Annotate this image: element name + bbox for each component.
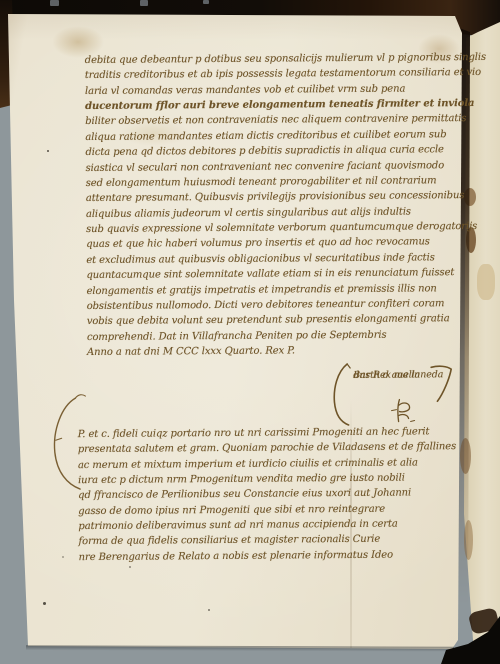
body-line: elongamentis et gratijs impetratis et im… (87, 283, 437, 298)
entry-line: qd ffrancisco de Perilionibus seu Consta… (78, 487, 411, 502)
body-line: dicta pena qd dictos debitores p debitis… (85, 144, 443, 159)
body-line: vobis que debita volunt seu pretendunt s… (87, 313, 450, 328)
manuscript-photo: debita que debeantur p dotibus seu spons… (0, 0, 500, 664)
manuscript-text: debita que debeantur p dotibus seu spons… (0, 0, 500, 664)
body-line: ducentorum fflor auri breve elongamentum… (85, 98, 474, 113)
body-line: aliqua ratione mandantes etiam dictis cr… (85, 129, 446, 144)
body-line: biliter observetis et non contraveniatis… (85, 113, 466, 128)
body-line: quantacumque sint solemnitate vallate et… (86, 267, 454, 282)
entry-line: ac merum et mixtum imperium et iurdicio … (78, 457, 418, 472)
body-line: laria vl comandas veras mandantes vob et… (85, 84, 405, 99)
body-line: quas et que hic haberi volumus pro inser… (86, 236, 430, 251)
body-line: et excludimus aut quibusvis obligacionib… (86, 252, 434, 267)
body-line: attentare presumant. Quibusvis privilegi… (86, 190, 465, 205)
entry-line: patrimonio deliberavimus sunt ad nri man… (78, 519, 397, 534)
body-line: sed elongamentum huiusmodi teneant proro… (86, 175, 437, 190)
entry-line: forma de qua fidelis consiliarius et mag… (78, 534, 380, 548)
bracket-right-icon (429, 363, 453, 403)
body-line: traditis creditoribus et ab ipis possess… (85, 67, 481, 82)
body-line: sub quavis expressione vl solemnitate ve… (86, 221, 477, 236)
entry-line: iura etc p dictum nrm Pmogenitum vendita… (78, 473, 405, 488)
notarial-paraph-icon (389, 397, 417, 423)
entry-line: nre Berengarius de Relato a nobis est pl… (79, 550, 393, 564)
body-line: debita que debeantur p dotibus seu spons… (85, 52, 486, 67)
body-line: comprehendi. Dat in Villafrancha Peniten… (87, 330, 387, 344)
chancery-note: dns Rex ma in Barth d auellaneda (353, 368, 431, 369)
body-line: obsistentibus nullomodo. Dicti vero debi… (87, 298, 445, 313)
body-line: Anno a nat dni M CCC lxxx Quarto. Rex P. (87, 345, 295, 359)
bracket-left-icon (331, 362, 352, 426)
entry-line: P. et c. fideli cuiqz portario nro ut nr… (78, 426, 430, 441)
body-line: aliquibus aliamis judeorum vl certis sin… (86, 206, 411, 221)
entry-line: gasso de domo ipius nri Pmogeniti que si… (78, 504, 385, 518)
entry-line: presentata salutem et gram. Quoniam paro… (78, 441, 456, 456)
body-line: siastica vl seculari non contraveniant n… (86, 160, 445, 175)
